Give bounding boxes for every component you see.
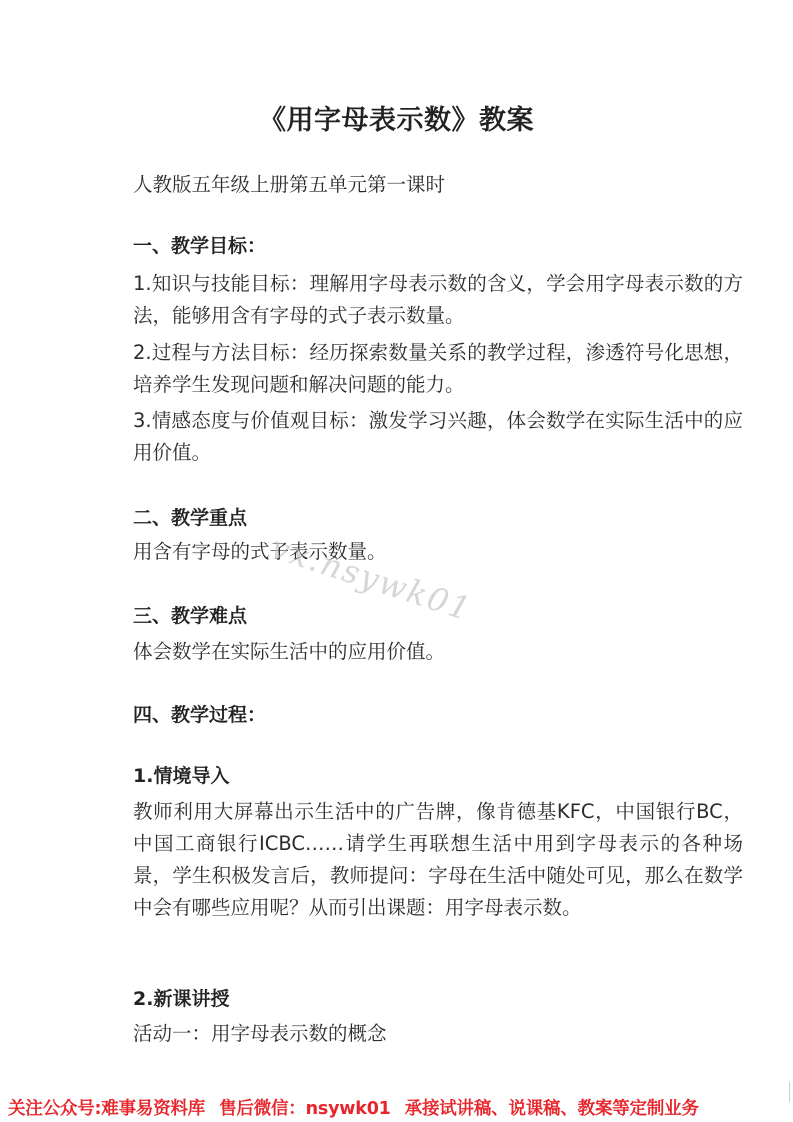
objective-process: 2.过程与方法目标：经历探索数量关系的教学过程，渗透符号化思想，培养学生发现问题… — [133, 337, 743, 401]
subsection-heading-new-lesson: 2.新课讲授 — [133, 985, 743, 1013]
section-heading-key-points: 二、教学重点 — [133, 504, 743, 532]
document-title: 《用字母表示数》教案 — [0, 98, 793, 137]
objective-knowledge: 1.知识与技能目标：理解用字母表示数的含义，学会用字母表示数的方法，能够用含有字… — [133, 268, 743, 332]
subsection-heading-intro: 1.情境导入 — [133, 762, 743, 790]
page-edge-divider — [789, 1082, 793, 1102]
difficulties-text: 体会数学在实际生活中的应用价值。 — [133, 636, 743, 668]
objective-emotion: 3.情感态度与价值观目标：激发学习兴趣，体会数学在实际生活中的应用价值。 — [133, 405, 743, 469]
activity-one-text: 活动一：用字母表示数的概念 — [133, 1018, 743, 1050]
footer-service: 承接试讲稿、说课稿、教案等定制业务 — [405, 1099, 699, 1119]
key-points-text: 用含有字母的式子表示数量。 — [133, 536, 743, 568]
section-heading-difficulties: 三、教学难点 — [133, 602, 743, 630]
section-heading-process: 四、教学过程： — [133, 701, 743, 729]
footer-wechat: 售后微信：nsywk01 — [219, 1099, 391, 1119]
footer-banner: 关注公众号:难事易资料库售后微信：nsywk01承接试讲稿、说课稿、教案等定制业… — [0, 1095, 793, 1120]
intro-text: 教师利用大屏幕出示生活中的广告牌，像肯德基KFC，中国银行BC，中国工商银行IC… — [133, 796, 743, 924]
footer-follow-account: 关注公众号:难事易资料库 — [8, 1099, 205, 1119]
document-subtitle: 人教版五年级上册第五单元第一课时 — [133, 171, 743, 199]
document-page: 《用字母表示数》教案 人教版五年级上册第五单元第一课时 一、教学目标： 1.知识… — [0, 0, 793, 1122]
section-heading-objectives: 一、教学目标： — [133, 232, 743, 260]
